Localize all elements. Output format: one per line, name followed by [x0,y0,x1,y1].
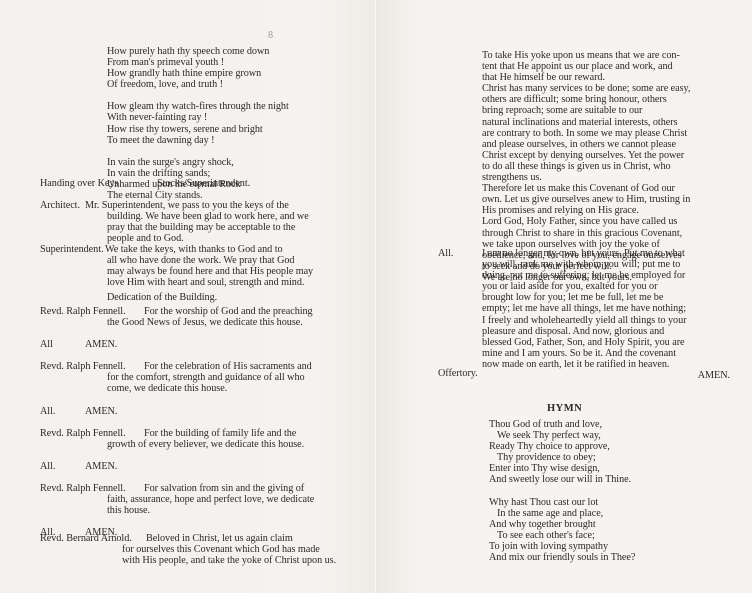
text-line: I freely and wholeheartedly yield all th… [482,315,730,326]
dedication-speaker: Revd. Ralph Fennell. [40,306,126,317]
text-line: For salvation from sin and the giving of [144,483,314,494]
text-line: natural inclinations and material intere… [482,117,730,128]
text-line: this house. [107,505,314,516]
hymn-line: Enter into Thy wise design, [489,463,635,474]
verse-line: With never-fainting ray ! [107,112,289,123]
verse-line: How gleam thy watch-fires through the ni… [107,101,289,112]
dedication-speaker: Revd. Ralph Fennell. [40,483,126,494]
verse-line: How rise thy towers, serene and bright [107,124,289,135]
text-line: growth of every believer, we dedicate th… [107,439,304,450]
text-line: you will, rank me with whom you will; pu… [482,259,730,270]
text-line: For the celebration of His sacraments an… [144,361,312,372]
response-amen: AMEN. [85,461,117,472]
text-line: building. We have been glad to work here… [85,211,309,222]
text-line: people and to God. [85,233,309,244]
text-line: come, we dedicate this house. [107,383,312,394]
text-line: to do all these things is given us in Ch… [482,161,730,172]
text-line: with His people, and take the yoke of Ch… [122,555,336,566]
text-line: for the comfort, strength and guidance o… [107,372,312,383]
hymn-line: And why together brought [489,519,635,530]
text-line: Lord God, Holy Father, since you have ca… [482,216,730,227]
text-line: and please ourselves, in others we canno… [482,139,730,150]
hymn-stanza: Thou God of truth and love,We seek Thy p… [489,419,635,486]
text-line: empty; let me have all things, let me ha… [482,303,730,314]
all-prayer-text: I am no longer my own, but yours. Put me… [482,248,730,381]
dedication-heading: Dedication of the Building. [107,292,217,303]
hymn-stanza: Why hast Thou cast our lotIn the same ag… [489,497,635,564]
text-line: the Good News of Jesus, we dedicate this… [107,317,313,328]
left-page: 8 How purely hath thy speech come downFr… [0,0,376,593]
text-line: I am no longer my own, but yours. Put me… [482,248,730,259]
handing-over-keys-who: Stocks/Superintendent. [157,178,250,189]
text-line: For the building of family life and the [144,428,304,439]
verse-line: From man's primeval youth ! [107,57,289,68]
dedication-text: For the worship of God and the preaching… [144,306,313,328]
booklet-spread: 8 How purely hath thy speech come downFr… [0,0,752,593]
text-line: you or laid aside for you, exalted for y… [482,281,730,292]
verse-line: In vain the surge's angry shock, [107,157,289,168]
text-line: brought low for you; let me be full, let… [482,292,730,303]
verse-stanza: How gleam thy watch-fires through the ni… [107,101,289,145]
text-line: doing, put me to suffering; let me be em… [482,270,730,281]
text-line: now made on earth, let it be ratified in… [482,359,730,370]
all-prayer-speaker: All. [438,248,453,259]
text-line: tent that He appoint us our place and wo… [482,61,730,72]
architect-text: Mr. Superintendent, we pass to you the k… [85,200,309,244]
text-line: We take the keys, with thanks to God and… [105,244,313,255]
response-speaker: All. [40,406,55,417]
text-line: love Him with heart and soul, strength a… [107,277,313,288]
text-line: Therefore let us make this Covenant of G… [482,183,730,194]
dedication-speaker: Revd. Ralph Fennell. [40,428,126,439]
text-line: mine and I am yours. So be it. And the c… [482,348,730,359]
hymn-verses: Thou God of truth and love,We seek Thy p… [489,419,635,574]
text-line: Christ has many services to be done; som… [482,83,730,94]
response-speaker: All [40,339,53,350]
all-prayer-amen: AMEN. [482,370,730,381]
hymn-line: And mix our friendly souls in Thee? [489,552,635,563]
hymn-line: Ready Thy choice to approve, [489,441,635,452]
text-line: strengthens us. [482,172,730,183]
text-line: bring reproach; some are suitable to our [482,105,730,116]
text-line: own. Let us give ourselves anew to Him, … [482,194,730,205]
hymn-line: To see each other's face; [489,530,635,541]
hymn-line: Thy providence to obey; [489,452,635,463]
text-line: others are difficult; some bring honour,… [482,94,730,105]
superintendent-text: We take the keys, with thanks to God and… [85,244,313,288]
hymn-line: And sweetly lose our will in Thine. [489,474,635,485]
dedication-text: For the celebration of His sacraments an… [144,361,312,394]
text-line: through Christ to share in this gracious… [482,228,730,239]
hymn-line: In the same age and place, [489,508,635,519]
verse-stanza: How purely hath thy speech come downFrom… [107,46,289,90]
response-speaker: All. [40,461,55,472]
text-line: faith, assurance, hope and perfect love,… [107,494,314,505]
hymn-line: We seek Thy perfect way, [489,430,635,441]
dedication-text: For the building of family life and theg… [144,428,304,450]
hymn-line: Why hast Thou cast our lot [489,497,635,508]
dedication-speaker: Revd. Ralph Fennell. [40,361,126,372]
architect-speaker: Architect. [40,200,80,211]
hymn-title: HYMN [547,403,582,414]
handing-over-keys-label: Handing over Keys [40,178,118,189]
response-amen: AMEN. [85,406,117,417]
hymn-line: Thou God of truth and love, [489,419,635,430]
text-line: that He himself be our reward. [482,72,730,83]
text-line: Beloved in Christ, let us again claim [146,533,336,544]
offertory-label: Offertory. [438,368,478,379]
text-line: Christ except by denying ourselves. Yet … [482,150,730,161]
dedication-text: For salvation from sin and the giving of… [144,483,314,516]
text-line: To take His yoke upon us means that we a… [482,50,730,61]
verse-line: How grandly hath thine empire grown [107,68,289,79]
text-line: For the worship of God and the preaching [144,306,313,317]
text-line: for ourselves this Covenant which God ha… [122,544,336,555]
response-amen: AMEN. [85,339,117,350]
text-line: Mr. Superintendent, we pass to you the k… [85,200,309,211]
text-line: are contrary to both. In some we may ple… [482,128,730,139]
arnold-speaker: Revd. Bernard Arnold. [40,533,132,544]
verse-line: To meet the dawning day ! [107,135,289,146]
text-line: His promises and relying on His grace. [482,205,730,216]
text-line: blessed God, Father, Son, and Holy Spiri… [482,337,730,348]
text-line: all who have done the work. We pray that… [107,255,313,266]
text-line: may always be found here and that His pe… [107,266,313,277]
text-line: pleasure and disposal. And now, glorious… [482,326,730,337]
arnold-text: Beloved in Christ, let us again claimfor… [146,533,336,566]
verse-line: Of freedom, love, and truth ! [107,79,289,90]
page-number: 8 [268,30,273,41]
hymn-line: To join with loving sympathy [489,541,635,552]
verse-line: How purely hath thy speech come down [107,46,289,57]
text-line: pray that the building may be acceptable… [85,222,309,233]
